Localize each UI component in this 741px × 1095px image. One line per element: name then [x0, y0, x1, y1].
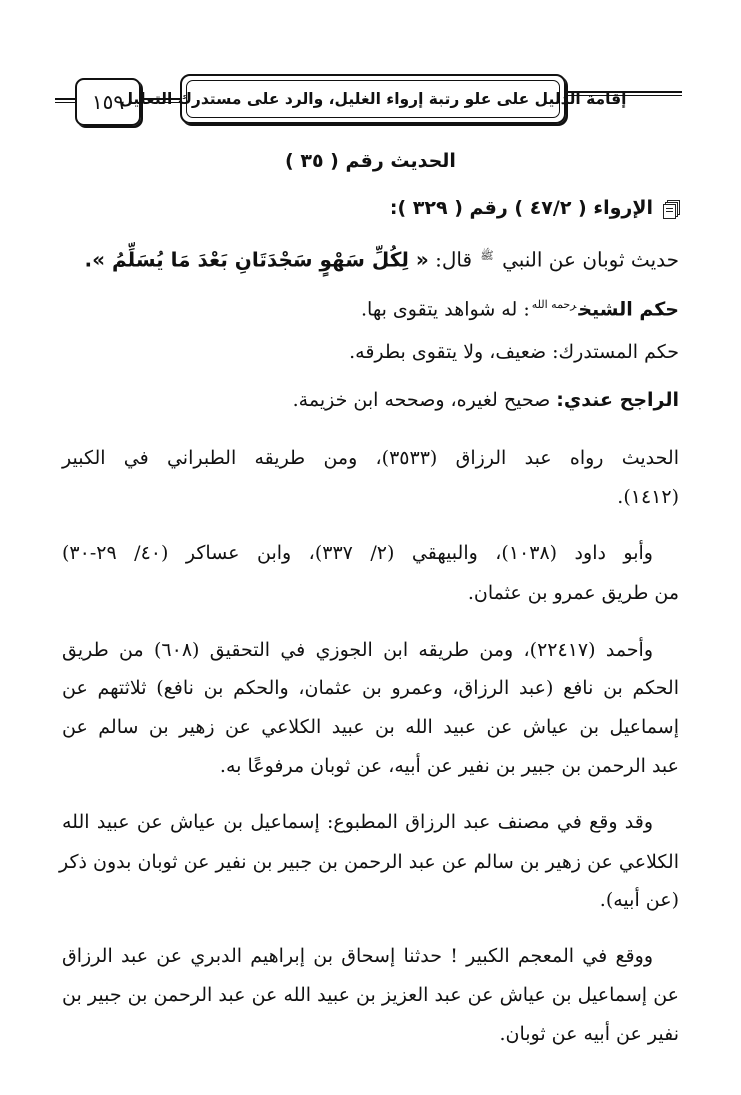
- section-title: الحديث رقم ( ٣٥ ): [0, 150, 741, 172]
- shaykh-ruling: حكم الشيخرحمه الله: له شواهد يتقوى بها.: [361, 290, 679, 324]
- paragraph-5-line-2: عن إسماعيل بن عياش عن عبد العزيز بن عبيد…: [62, 980, 679, 1010]
- paragraph-1-line-2: (١٤١٢).: [617, 482, 679, 512]
- mustadrak-ruling-value: ضعيف، ولا يتقوى بطرقه.: [349, 341, 546, 363]
- rajih-ruling: الراجح عندي: صحيح لغيره، وصححه ابن خزيمة…: [293, 385, 679, 415]
- irwa-reference: الإرواء ( ٤٧/٢ ) رقم ( ٣٢٩ ):: [390, 193, 679, 223]
- header-rule-left-thin: [55, 102, 77, 103]
- mustadrak-ruling: حكم المستدرك: ضعيف، ولا يتقوى بطرقه.: [349, 337, 679, 367]
- mustadrak-ruling-label: حكم المستدرك:: [552, 341, 679, 363]
- paragraph-4-line-2: الكلاعي عن زهير بن سالم عن عبد الرحمن بن…: [62, 847, 679, 877]
- paragraph-3-line-1: وأحمد (٢٢٤١٧)، ومن طريقه ابن الجوزي في ا…: [62, 635, 679, 665]
- running-title-frame: إقامة الدليل على علو رتبة إرواء الغليل، …: [180, 74, 566, 124]
- paragraph-5-line-3: نفير عن أبيه عن ثوبان.: [499, 1019, 679, 1049]
- rajih-ruling-value: صحيح لغيره، وصححه ابن خزيمة.: [293, 389, 551, 411]
- paragraph-3-line-3: إسماعيل بن عياش عن عبيد الله بن عبيد الك…: [62, 712, 679, 742]
- running-title: إقامة الدليل على علو رتبة إرواء الغليل، …: [120, 90, 627, 108]
- header-rule-left: [55, 98, 77, 100]
- irwa-reference-label: الإرواء ( ٤٧/٢ ) رقم ( ٣٢٩ ):: [390, 197, 653, 219]
- paragraph-5-line-1: ووقع في المعجم الكبير ! حدثنا إسحاق بن إ…: [62, 941, 679, 971]
- hadith-line: حديث ثوبان عن النبي ﷺ قال: « لِكُلِّ سَه…: [84, 241, 679, 275]
- hadith-text: « لِكُلِّ سَهْوٍ سَجْدَتَانِ بَعْدَ مَا …: [84, 248, 428, 272]
- document-stack-icon: [663, 200, 679, 218]
- salutation-glyph: ﷺ: [480, 249, 493, 262]
- paragraph-2-line-2: من طريق عمرو بن عثمان.: [468, 578, 679, 608]
- shaykh-ruling-label: حكم الشيخ: [578, 298, 679, 320]
- paragraph-4-line-3: (عن أبيه).: [600, 885, 679, 915]
- rahimahullah-glyph: رحمه الله: [532, 298, 577, 311]
- paragraph-4-line-1: وقد وقع في مصنف عبد الرزاق المطبوع: إسما…: [62, 807, 679, 837]
- shaykh-ruling-value: : له شواهد يتقوى بها.: [361, 298, 530, 320]
- paragraph-3-line-2: الحكم بن نافع (عبد الرزاق، وعمرو بن عثما…: [62, 673, 679, 703]
- hadith-said: قال:: [435, 248, 472, 272]
- rajih-ruling-label: الراجح عندي:: [556, 389, 679, 411]
- hadith-intro: حديث ثوبان عن النبي: [502, 248, 679, 272]
- paragraph-3-line-4: عبد الرحمن بن جبير بن نفير عن أبيه، عن ث…: [220, 751, 679, 781]
- book-page: ١٥٩ إقامة الدليل على علو رتبة إرواء الغل…: [0, 0, 741, 1095]
- paragraph-1-line-1: الحديث رواه عبد الرزاق (٣٥٣٣)، ومن طريقه…: [62, 443, 679, 473]
- paragraph-2-line-1: وأبو داود (١٠٣٨)، والبيهقي (٢/ ٣٣٧)، واب…: [62, 538, 679, 568]
